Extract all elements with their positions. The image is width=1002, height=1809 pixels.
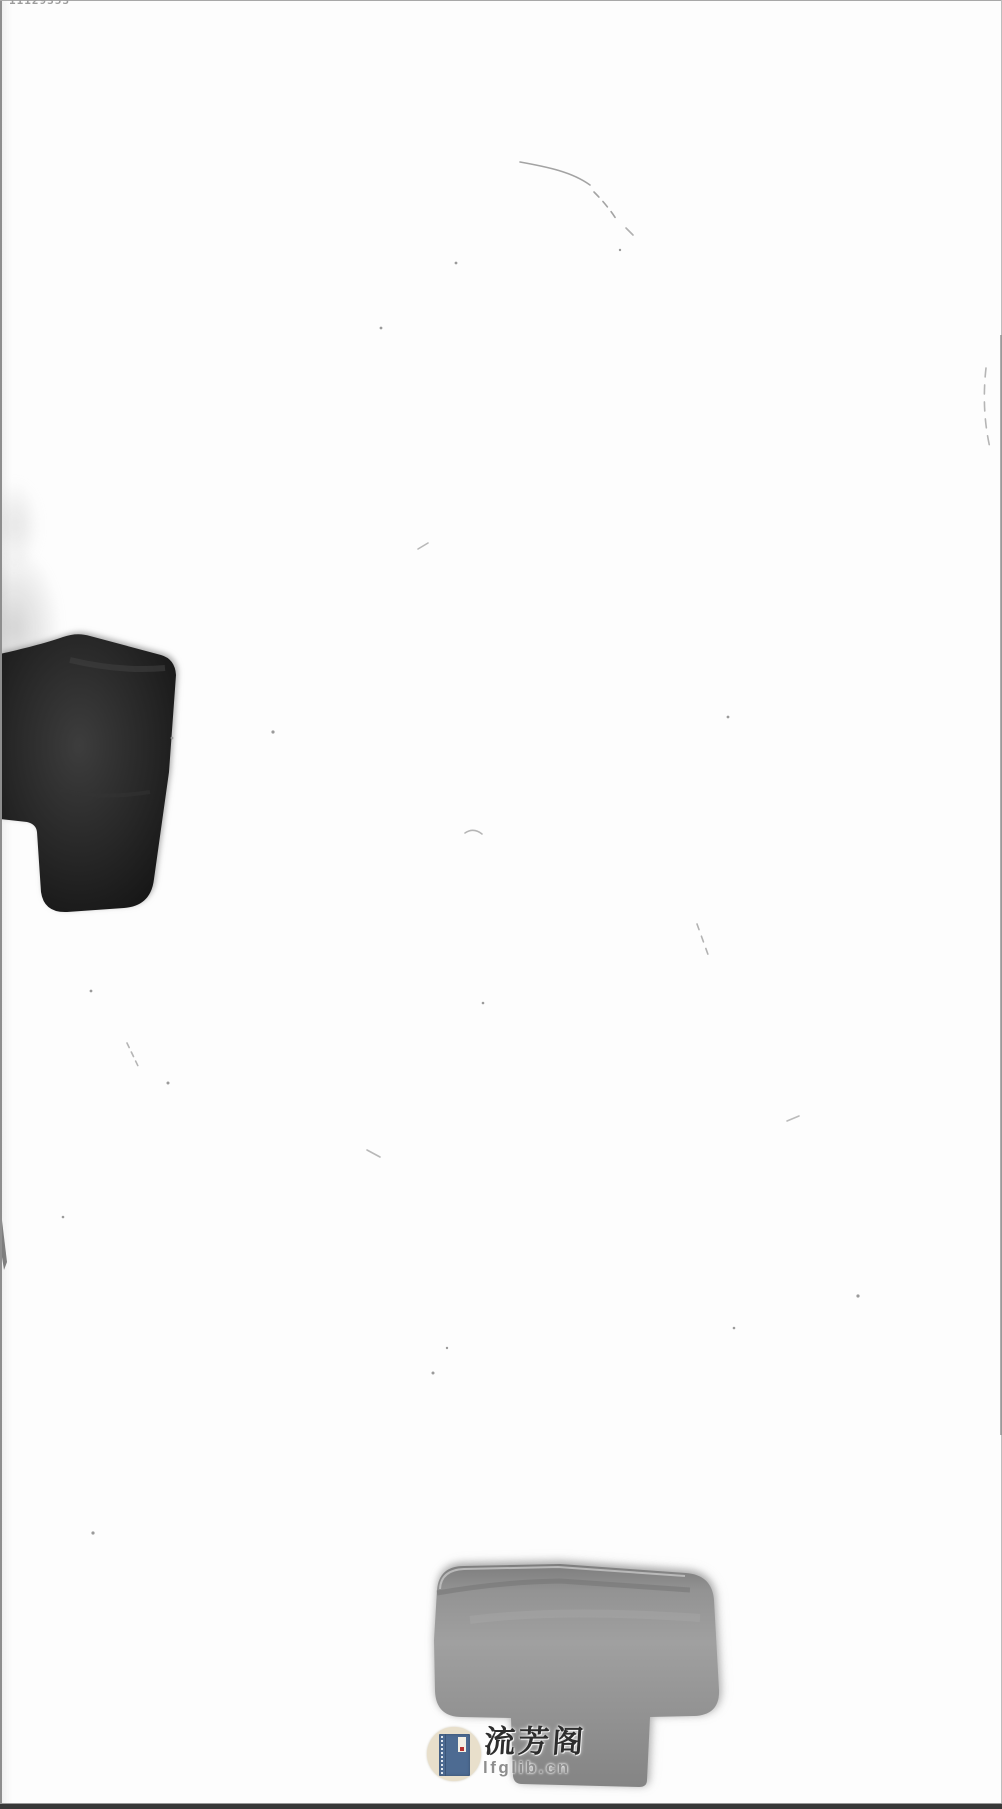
book-spine (445, 1734, 446, 1776)
watermark: 流芳阁 lfglib.cn (427, 1727, 667, 1789)
book-logo-icon (439, 1734, 470, 1776)
bottom-scan-bar (0, 1803, 1002, 1809)
serial-number: 11129353 (9, 0, 70, 6)
black-index-tab (0, 634, 176, 912)
book-title-label (458, 1737, 466, 1752)
scanned-page: { "scan": { "serial_number": "11129353",… (0, 0, 1002, 1809)
watermark-logo-circle (427, 1727, 481, 1781)
index-tabs-layer (0, 0, 1002, 1809)
watermark-text: 流芳阁 lfglib.cn (483, 1725, 585, 1777)
red-seal-icon (460, 1747, 464, 1751)
left-scan-border (0, 0, 2, 1809)
watermark-domain: lfglib.cn (483, 1759, 585, 1777)
left-edge-shading (2, 0, 12, 1809)
serial-number-text: 11129353 (9, 0, 70, 6)
top-scan-border (0, 0, 1002, 1)
book-stitches (441, 1736, 443, 1774)
watermark-site-name: 流芳阁 (483, 1725, 587, 1759)
